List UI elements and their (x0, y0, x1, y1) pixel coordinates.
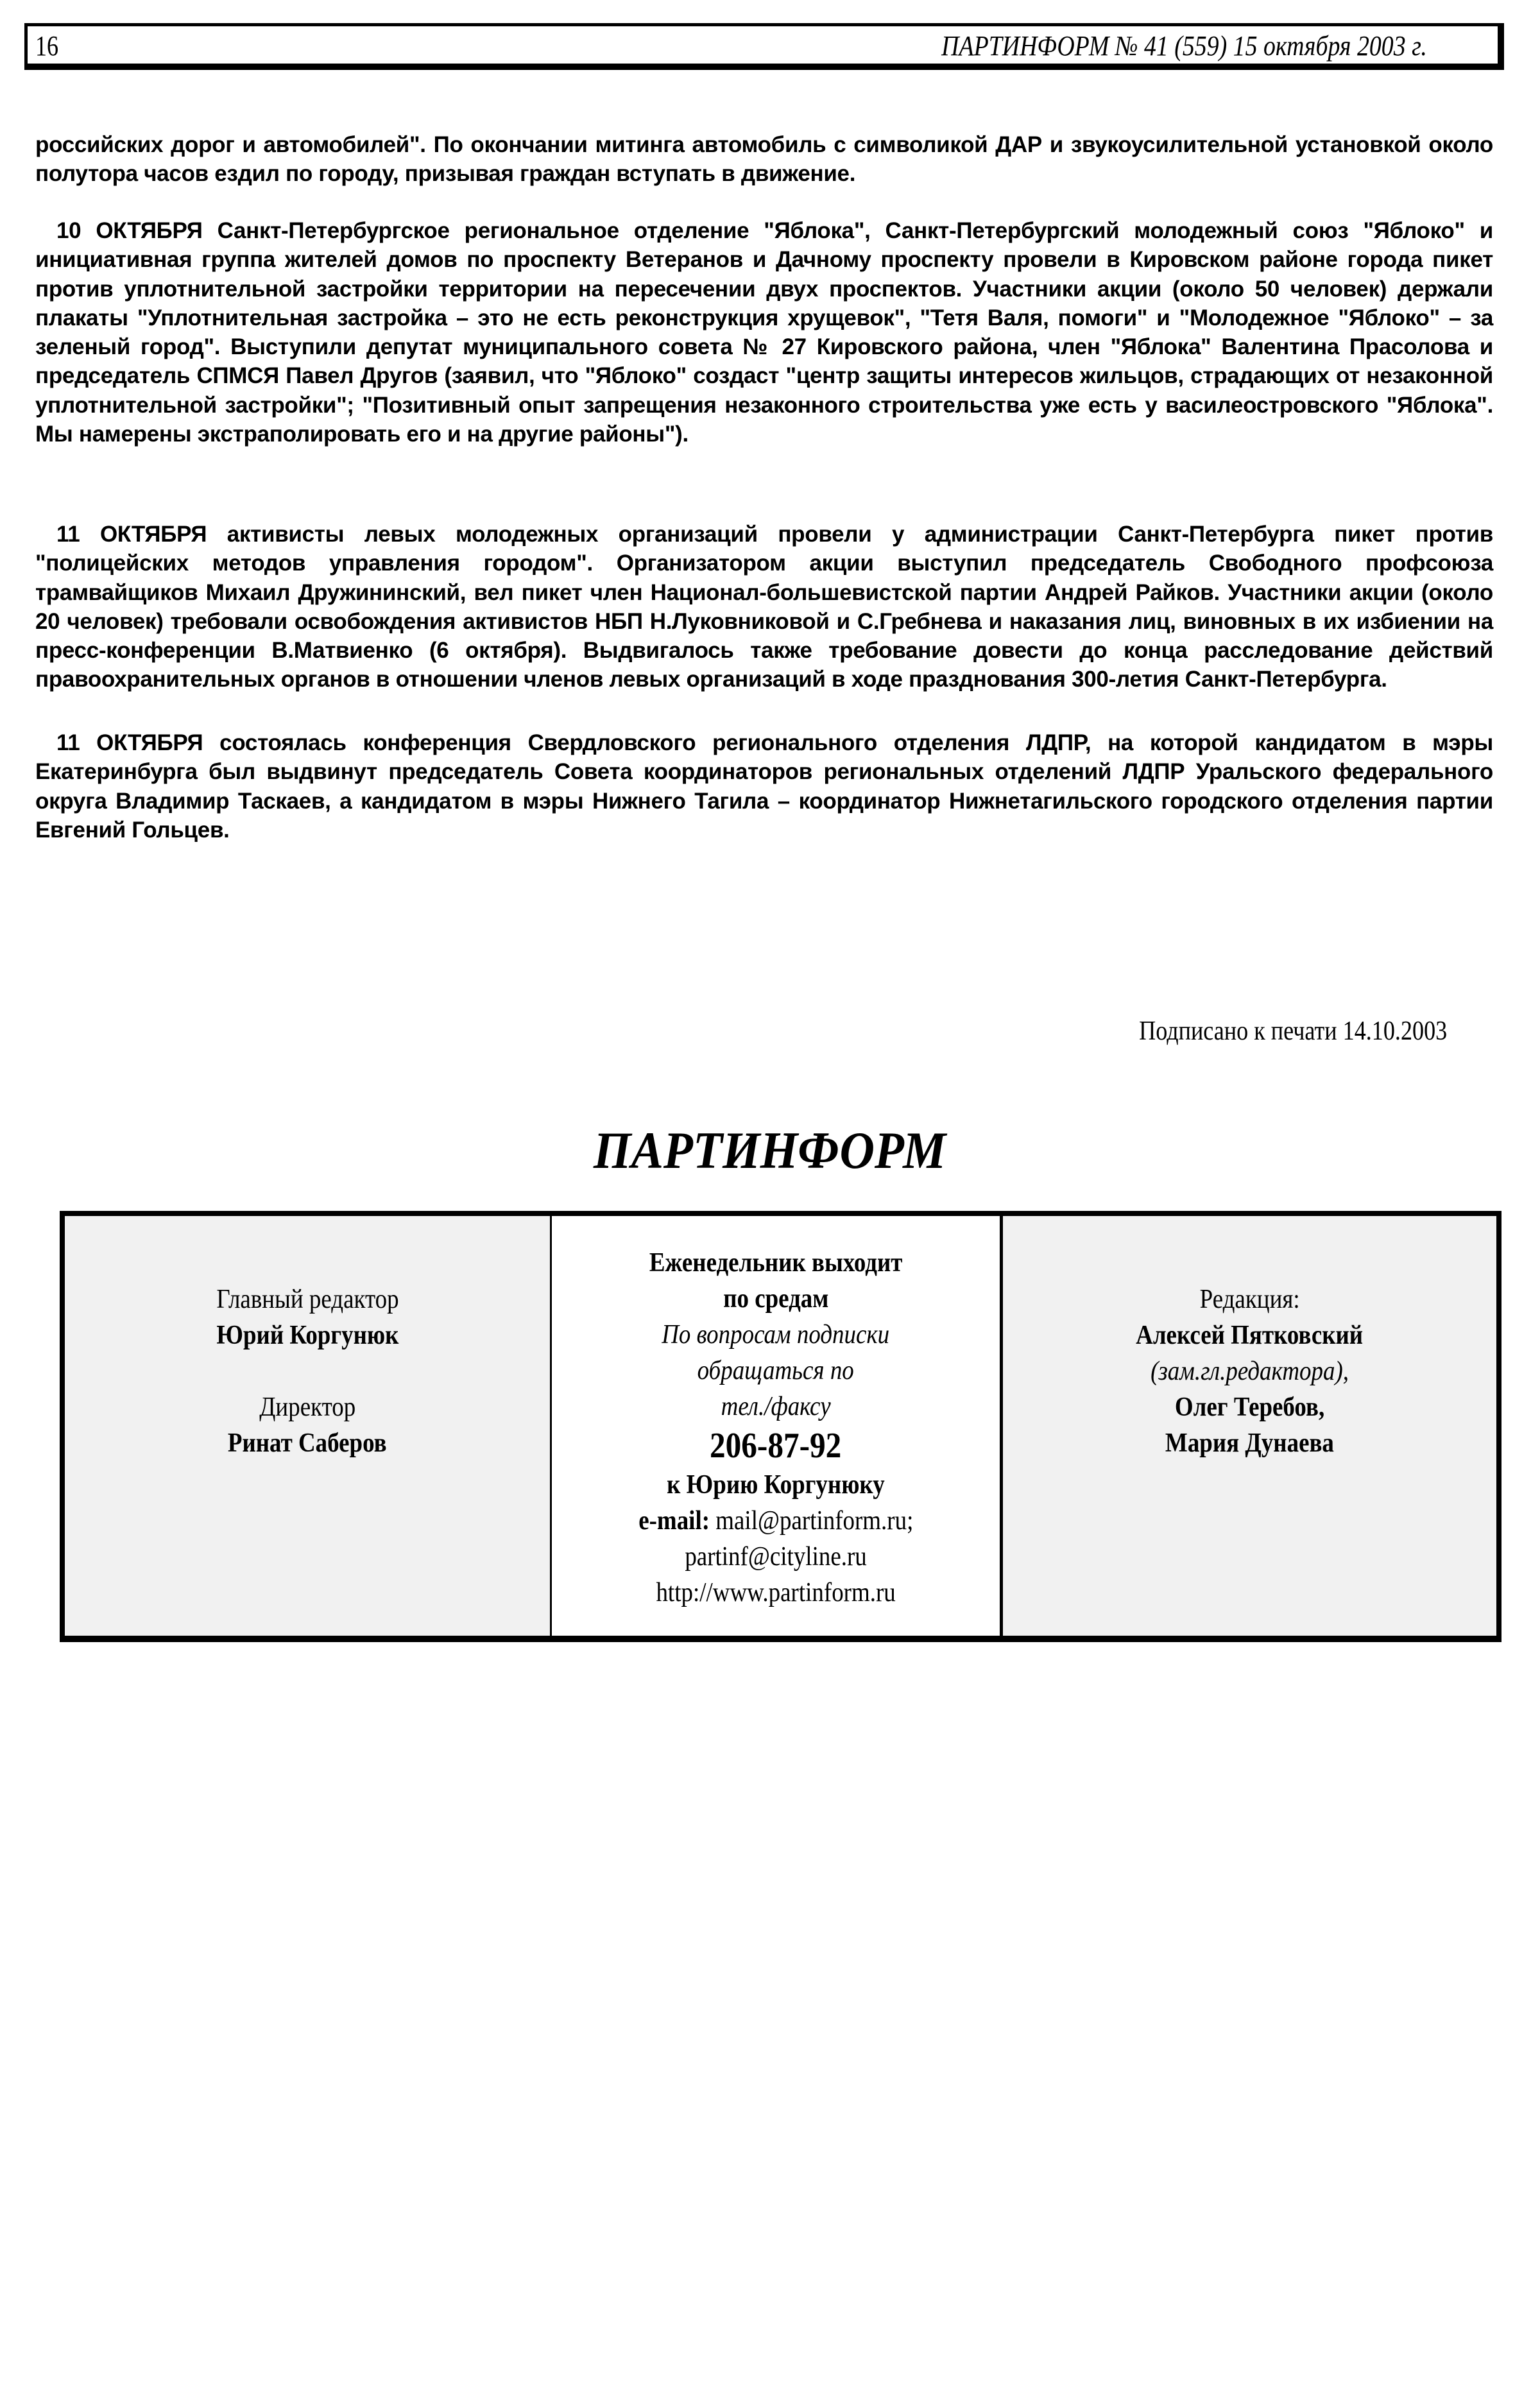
editor-name-2: Олег Теребов, (1175, 1389, 1324, 1425)
colophon-subscription: Еженедельник выходит по средам По вопрос… (552, 1216, 1003, 1636)
issue-line: ПАРТИНФОРМ № 41 (559) 15 октября 2003 г. (941, 30, 1427, 62)
email-label: e-mail: (638, 1506, 710, 1536)
colophon-editorial-staff: Редакция: Алексей Пятковский (зам.гл.ред… (1003, 1216, 1496, 1636)
page-header: 16 ПАРТИНФОРМ № 41 (559) 15 октября 2003… (24, 23, 1504, 70)
article-date: 10 ОКТЯБРЯ (56, 218, 203, 243)
article-text: российских дорог и автомобилей". По окон… (35, 132, 1493, 186)
article-continuation: российских дорог и автомобилей". По окон… (35, 130, 1493, 189)
article-oct11-ldpr: 11 ОКТЯБРЯ состоялась конференция Свердл… (35, 728, 1493, 844)
article-text: состоялась конференция Свердловского рег… (35, 730, 1493, 843)
subscription-note-3: тел./факсу (721, 1389, 831, 1425)
article-date: 11 ОКТЯБРЯ (56, 522, 207, 547)
colophon-editors: Главный редактор Юрий Коргунюк Директор … (65, 1216, 552, 1636)
subscription-note-2: обращаться по (697, 1353, 854, 1389)
website-link[interactable]: http://www.partinform.ru (656, 1575, 895, 1611)
phone-number: 206-87-92 (710, 1425, 841, 1467)
article-oct11-spb: 11 ОКТЯБРЯ активисты левых молодежных ор… (35, 520, 1493, 694)
page-number: 16 (35, 30, 58, 62)
editor-name-1: Алексей Пятковский (1136, 1317, 1364, 1353)
editor-name-3: Мария Дунаева (1165, 1425, 1334, 1461)
editorial-label: Редакция: (1200, 1281, 1300, 1317)
email-link-1[interactable]: mail@partinform.ru; (710, 1506, 913, 1536)
contact-person: к Юрию Коргунюку (667, 1467, 885, 1503)
email-line: e-mail: mail@partinform.ru; (638, 1503, 913, 1539)
chief-editor-label: Главный редактор (216, 1281, 398, 1317)
article-text: Санкт-Петербургское региональное отделен… (35, 218, 1493, 447)
colophon-table: Главный редактор Юрий Коргунюк Директор … (60, 1211, 1502, 1642)
masthead-title: ПАРТИНФОРМ (0, 1120, 1540, 1181)
article-oct10: 10 ОКТЯБРЯ Санкт-Петербургское региональ… (35, 216, 1493, 449)
director-label: Директор (259, 1389, 355, 1425)
chief-editor-name: Юрий Коргунюк (216, 1317, 398, 1353)
director-name: Ринат Саберов (228, 1425, 387, 1461)
signed-to-print: Подписано к печати 14.10.2003 (1139, 1015, 1447, 1047)
email-link-2[interactable]: partinf@cityline.ru (685, 1539, 866, 1575)
subscription-note-1: По вопросам подписки (662, 1317, 890, 1353)
masthead-title-text: ПАРТИНФОРМ (594, 1120, 946, 1181)
article-text: активисты левых молодежных организаций п… (35, 522, 1493, 692)
weekly-day: по средам (723, 1281, 828, 1317)
editor-role-1: (зам.гл.редактора), (1151, 1353, 1349, 1389)
weekly-line: Еженедельник выходит (649, 1245, 903, 1281)
article-date: 11 ОКТЯБРЯ (56, 730, 203, 755)
